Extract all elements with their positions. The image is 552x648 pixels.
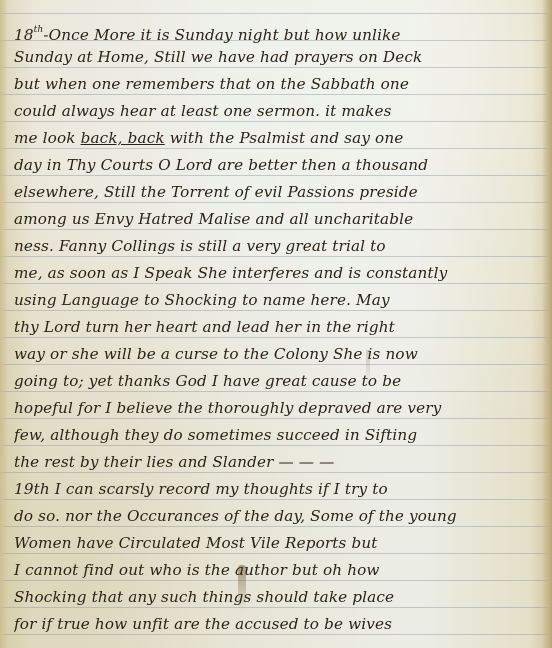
text-line: ness. Fanny Collings is still a very gre… — [14, 233, 544, 260]
text-line: among us Envy Hatred Malise and all unch… — [14, 206, 544, 233]
text-line: going to; yet thanks God I have great ca… — [14, 368, 544, 395]
text-line: do so. nor the Occurances of the day, So… — [14, 503, 544, 530]
text-line: but when one remembers that on the Sabba… — [14, 71, 544, 98]
underlined-phrase: back, back — [81, 129, 165, 147]
text-line: for if true how unfit are the accused to… — [14, 611, 544, 638]
text-line: 19th I can scarsly record my thoughts if… — [14, 476, 544, 503]
text-line: me, as soon as I Speak She interferes an… — [14, 260, 544, 287]
text-line: hopeful for I believe the thoroughly dep… — [14, 395, 544, 422]
text-line: using Language to Shocking to name here.… — [14, 287, 544, 314]
text-line: Shocking that any such things should tak… — [14, 584, 544, 611]
text-line: day in Thy Courts O Lord are better then… — [14, 152, 544, 179]
text-line: Sunday at Home, Still we have had prayer… — [14, 44, 544, 71]
text-line: few, although they do sometimes succeed … — [14, 422, 544, 449]
text-line: thy Lord turn her heart and lead her in … — [14, 314, 544, 341]
page-left-edge — [0, 0, 8, 648]
date-superscript: th — [34, 25, 44, 35]
text-line: 18th-Once More it is Sunday night but ho… — [14, 17, 544, 44]
text-line: Women have Circulated Most Vile Reports … — [14, 530, 544, 557]
text-line: way or she will be a curse to the Colony… — [14, 341, 544, 368]
handwritten-text: 18th-Once More it is Sunday night but ho… — [14, 17, 544, 638]
text-line: the rest by their lies and Slander — — — — [14, 449, 544, 476]
text-line: I cannot find out who is the author but … — [14, 557, 544, 584]
text-line: me look back, back with the Psalmist and… — [14, 125, 544, 152]
text-line: elsewhere, Still the Torrent of evil Pas… — [14, 179, 544, 206]
text-line: could always hear at least one sermon. i… — [14, 98, 544, 125]
manuscript-page: 18th-Once More it is Sunday night but ho… — [0, 0, 552, 648]
